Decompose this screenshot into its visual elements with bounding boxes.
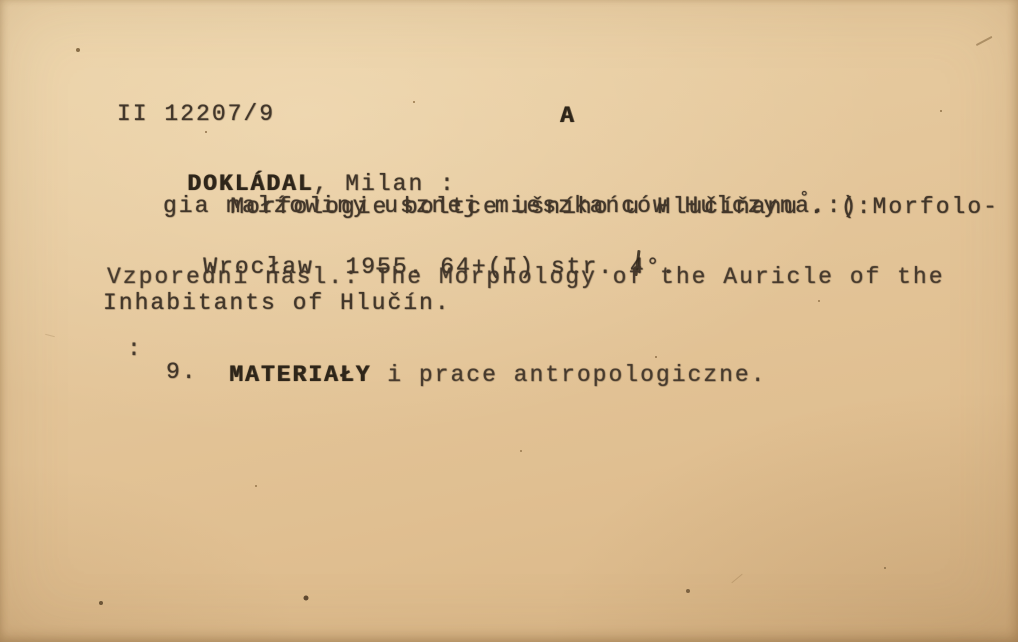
series-volume-number: 9. <box>166 359 198 385</box>
paper-scratch <box>45 334 55 338</box>
series-statement: MATERIAŁY i prace antropologiczne. <box>166 336 767 414</box>
series-colon: : <box>127 336 143 362</box>
catalog-card: II 12207/9 A DOKLÁDAL, Milan : Morfologi… <box>0 0 1018 642</box>
section-letter: A <box>560 103 576 129</box>
paper-texture <box>0 0 2 2</box>
series-title: MATERIAŁY <box>229 362 371 388</box>
title-line-2: gia małźowiny usznej mieszkańców Hulczyn… <box>163 193 858 219</box>
call-number: II 12207/9 <box>117 101 275 127</box>
paper-scratch <box>976 36 993 46</box>
paper-scratch <box>731 574 742 584</box>
series-subtitle: i prace antropologiczne. <box>371 362 766 388</box>
parallel-title-line-1: Vzporedni nasl.: The Morphology of the A… <box>107 264 945 290</box>
parallel-title-line-2: Inhabitants of Hlučín. <box>103 290 451 316</box>
